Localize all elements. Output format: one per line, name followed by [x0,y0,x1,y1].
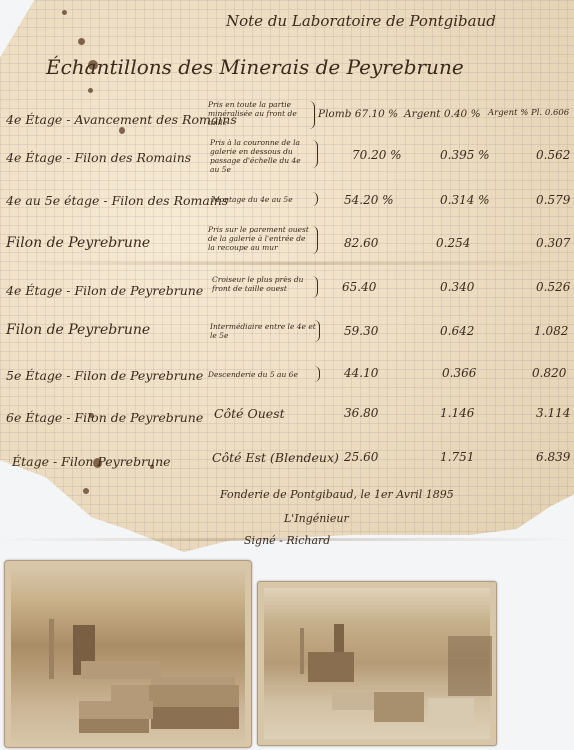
brace [312,140,318,168]
plomb-value: 65.40 [342,280,376,294]
building-roof [332,692,378,710]
sample-location: 4e Étage - Filon de Peyrebrune [6,283,203,298]
sample-description: Montage du 4e au 5e [212,195,322,204]
brace [314,320,320,342]
building-roof [79,701,153,719]
document-title: Échantillons des Minerais de Peyrebrune [46,55,464,79]
photograph-right [257,581,497,746]
argent-extra-value: 1.082 [534,324,568,338]
sample-location: 4e au 5e étage - Filon des Romains [6,193,228,208]
sample-description: Pris sur le parement ouest de la galerie… [208,225,310,252]
building [308,652,354,682]
plomb-value: 36.80 [344,406,378,420]
signature-place-date: Fonderie de Pontgibaud, le 1er Avril 189… [220,488,454,501]
building-roof [81,661,161,679]
building-roof [149,685,239,707]
ink-spot [119,127,125,134]
building [79,719,149,733]
argent-extra-value: 3.114 [536,406,570,420]
building [151,707,239,729]
photograph-left [4,560,252,748]
sample-description: Intermédiaire entre le 4e et le 5e [210,322,320,340]
plomb-value: 59.30 [344,324,378,338]
building [428,698,474,728]
plomb-value: Plomb 67.10 % [318,108,398,120]
document-header: Note du Laboratoire de Pontgibaud [226,12,496,30]
argent-extra-value: 6.839 [536,450,570,464]
sample-description: Côté Est (Blendeux) [212,450,339,465]
argent-pct-value: 1.146 [440,406,474,420]
signature-name: Signé - Richard [244,534,330,547]
argent-extra-value: Argent % Pl. 0.606 [488,108,569,118]
ink-spot [83,488,89,494]
fold-crease [0,262,574,265]
argent-pct-value: 0.254 [436,236,470,250]
argent-pct-value: 0.314 % [440,193,490,207]
building [374,692,424,722]
brace [309,101,315,129]
argent-pct-value: 0.642 [440,324,474,338]
argent-extra-value: 0.307 [536,236,570,250]
chimney [300,628,304,674]
sample-location: 5e Étage - Filon de Peyrebrune [6,368,203,383]
sample-description: Côté Ouest [214,406,285,421]
sample-location: Filon de Peyrebrune [6,322,150,338]
argent-pct-value: 0.366 [442,366,476,380]
argent-extra-value: 0.579 [536,193,570,207]
argent-pct-value: 0.395 % [440,148,490,162]
plomb-value: 70.20 % [352,148,402,162]
sample-description: Croiseur le plus près du front de taille… [212,275,314,293]
brace [312,226,318,254]
plomb-value: 54.20 % [344,193,394,207]
sample-location: 4e Étage - Filon des Romains [6,150,191,165]
ink-spot [88,88,93,93]
argent-extra-value: 0.820 [532,366,566,380]
argent-pct-value: 0.340 [440,280,474,294]
plomb-value: 44.10 [344,366,378,380]
sample-location: 6e Étage - Filon de Peyrebrune [6,410,203,425]
ink-spot [62,10,67,15]
argent-extra-value: 0.526 [536,280,570,294]
sample-description: Descenderie du 5 au 6e [208,370,320,379]
argent-extra-value: 0.562 [536,148,570,162]
sample-description: Pris à la couronne de la galerie en dess… [210,138,312,174]
plomb-value: 25.60 [344,450,378,464]
forested-slope [448,636,492,696]
signature-role: L'Ingénieur [284,512,349,525]
brace [312,276,318,298]
argent-pct-value: Argent 0.40 % [404,108,481,120]
chimney [49,619,54,679]
sample-location: Filon de Peyrebrune [6,235,150,251]
argent-pct-value: 1.751 [440,450,474,464]
sample-description: Pris en toute la partie minéralisée au f… [208,100,310,127]
sample-location: Étage - Filon Peyrebrune [12,454,171,469]
sample-location: 4e Étage - Avancement des Romains [6,112,237,127]
ink-spot [78,38,85,45]
plomb-value: 82.60 [344,236,378,250]
